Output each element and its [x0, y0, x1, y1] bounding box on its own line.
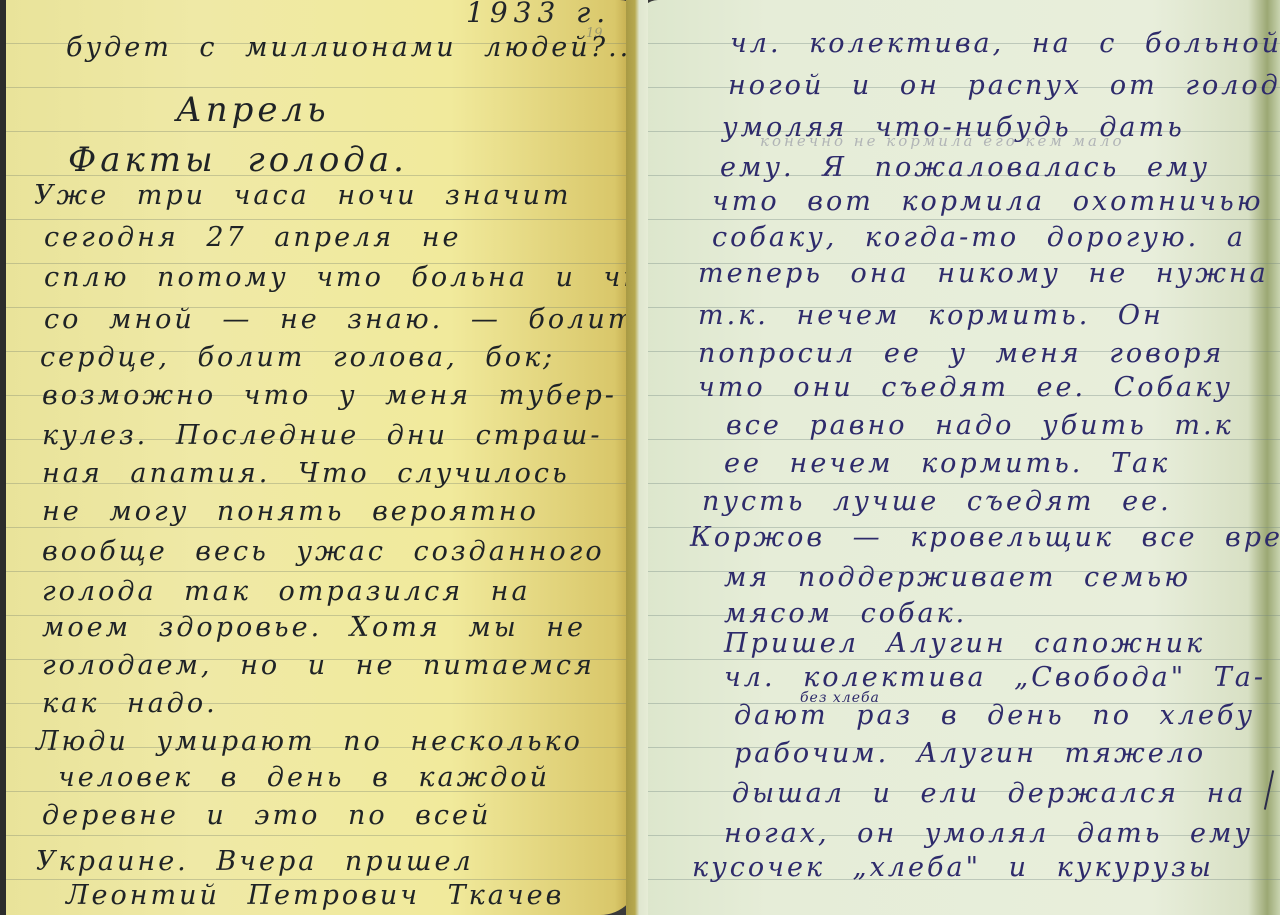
handwritten-line: возможно что у меня тубер- — [42, 380, 617, 411]
handwritten-line: будет с миллионами людей?.... — [66, 32, 640, 63]
handwritten-line: рабочим. Алугин тяжело — [734, 738, 1206, 769]
handwritten-line: со мной — не знаю. — болит — [44, 304, 636, 335]
handwritten-line: как надо. — [42, 688, 218, 719]
handwritten-line: моем здоровье. Хотя мы не — [42, 612, 586, 643]
handwritten-line: что вот кормила охотничью — [712, 186, 1263, 217]
handwritten-line: ногах, он умолял дать ему — [724, 818, 1253, 849]
handwritten-line: голода так отразился на — [42, 576, 531, 607]
handwritten-line: Апрель — [176, 90, 330, 130]
handwritten-line: т.к. нечем кормить. Он — [698, 300, 1164, 331]
handwritten-line: Факты голода. — [68, 140, 408, 180]
handwritten-line: пусть лучше съедят ее. — [702, 486, 1172, 517]
superscript-note: без хлеба — [800, 690, 880, 706]
handwritten-line: деревне и это по всей — [42, 800, 491, 831]
handwritten-line: дышал и ели держался на — [732, 778, 1246, 809]
handwritten-line: кусочек „хлеба" и кукурузы — [692, 852, 1214, 883]
handwritten-line: не могу понять вероятно — [42, 496, 539, 527]
handwritten-line: сплю потому что больна и что — [44, 262, 640, 293]
handwritten-line: ему. Я пожаловалась ему — [720, 152, 1210, 183]
handwritten-line: кулез. Последние дни страш- — [42, 420, 602, 451]
handwritten-line: человек в день в каждой — [58, 762, 550, 793]
handwritten-line: Коржов — кровельщик все вре- — [690, 522, 1280, 553]
diary-left-page: 1933 г. 19 будет с миллионами людей?....… — [0, 0, 640, 915]
handwritten-line: чл. колектива, на с больной — [730, 28, 1280, 59]
handwritten-line: мя поддерживает семью — [724, 562, 1191, 593]
handwritten-line: все равно надо убить т.к — [726, 410, 1234, 441]
handwritten-line: голодаем, но и не питаемся — [42, 650, 595, 681]
handwritten-line: сердце, болит голова, бок; — [40, 342, 555, 373]
handwritten-line: ная апатия. Что случилось — [42, 458, 570, 489]
handwritten-line: Пришел Алугин сапожник — [724, 628, 1205, 659]
handwritten-line: Украине. Вчера пришел — [36, 846, 474, 877]
handwritten-line: ее нечем кормить. Так — [724, 448, 1170, 479]
handwritten-line: вообще весь ужас созданного — [42, 536, 605, 567]
book-gutter — [626, 0, 648, 915]
year-annotation: 1933 г. — [466, 0, 611, 29]
handwritten-line: чл. колектива „Свобода" Та- — [724, 662, 1266, 693]
handwritten-line: ногой и он распух от голода — [728, 70, 1280, 101]
handwritten-line: собаку, когда-то дорогую. а — [712, 222, 1246, 253]
handwritten-line: Люди умирают по несколько — [36, 726, 583, 757]
handwritten-line: Уже три часа ночи значит — [34, 180, 572, 211]
handwritten-line: сегодня 27 апреля не — [44, 222, 461, 253]
handwritten-line: Леонтий Петрович Ткачев — [66, 880, 564, 911]
handwritten-line: что они съедят ее. Собаку — [698, 372, 1233, 403]
handwritten-line: попросил ее у меня говоря — [698, 338, 1224, 369]
handwritten-line: теперь она никому не нужна — [698, 258, 1269, 289]
pencil-note: конечно не кормила его кем мало — [760, 132, 1125, 150]
handwritten-line: мясом собак. — [724, 598, 967, 629]
